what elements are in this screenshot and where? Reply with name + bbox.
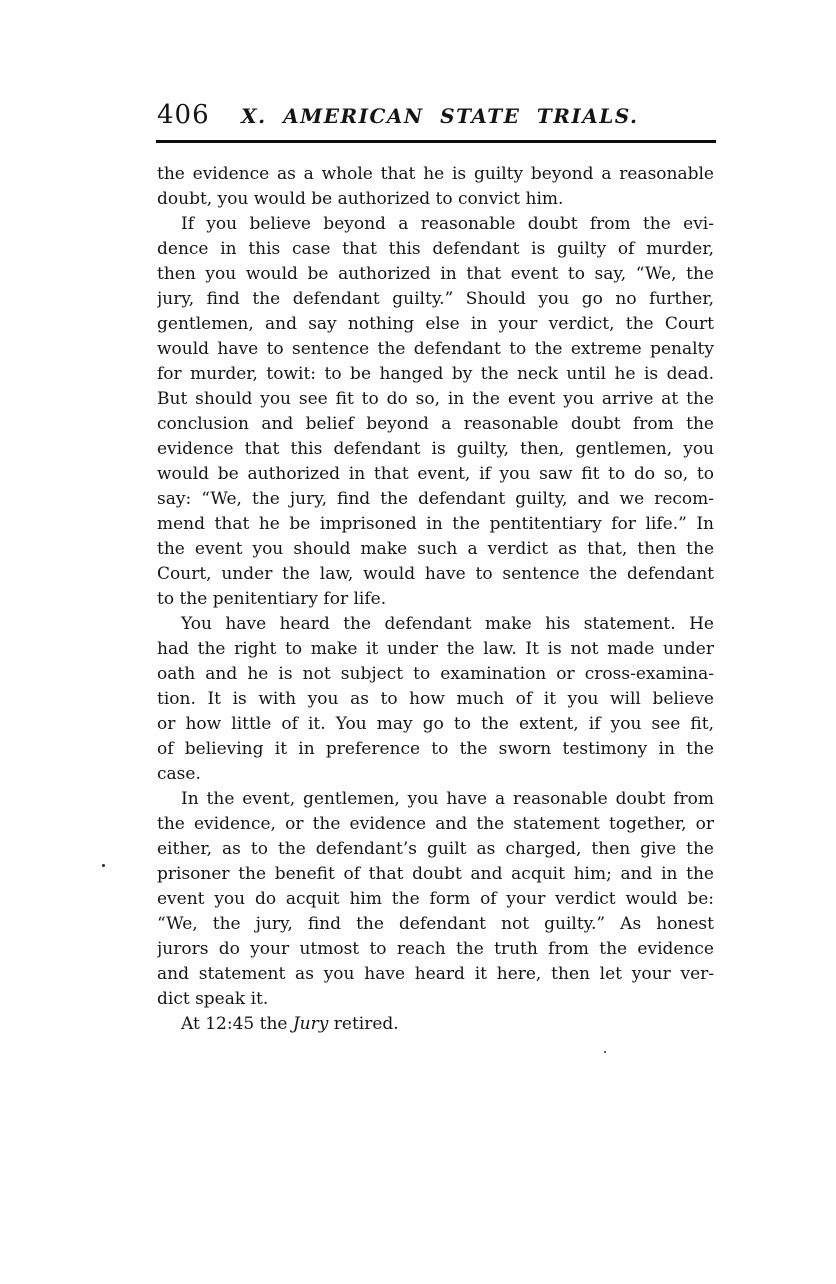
text-line: Court, under the law, would have to sent… [157,562,714,587]
italic-text: Jury [293,1014,329,1034]
text-line: would be authorized in that event, if yo… [157,462,714,487]
text-line: event you do acquit him the form of your… [157,887,714,912]
text-line: But should you see fit to do so, in the … [157,387,714,412]
plain-text: At 12:45 the [181,1014,293,1034]
text-line: dict speak it. [157,987,714,1012]
text-line: and statement as you have heard it here,… [157,962,714,987]
text-line: or how little of it. You may go to the e… [157,712,714,737]
text-line: for murder, towit: to be hanged by the n… [157,362,714,387]
text-line: then you would be authorized in that eve… [157,262,714,287]
text-line: You have heard the defendant make his st… [157,612,714,637]
text-line: evidence that this defendant is guilty, … [157,437,714,462]
scanned-book-page: 406 X. AMERICAN STATE TRIALS. the eviden… [0,0,836,1284]
text-line: prisoner the benefit of that doubt and a… [157,862,714,887]
page-body-text: the evidence as a whole that he is guilt… [157,162,714,1037]
text-line: the evidence, or the evidence and the st… [157,812,714,837]
text-line: would have to sentence the defendant to … [157,337,714,362]
ink-speck [102,864,105,867]
page-number: 406 [157,100,210,130]
text-line: say: “We, the jury, find the defendant g… [157,487,714,512]
text-line: the event you should make such a verdict… [157,537,714,562]
header-rule [156,140,716,143]
text-line: doubt, you would be authorized to convic… [157,187,714,212]
text-line: jury, find the defendant guilty.” Should… [157,287,714,312]
text-line: case. [157,762,714,787]
text-line: dence in this case that this defendant i… [157,237,714,262]
ink-speck [604,1051,606,1053]
text-line: either, as to the defendant’s guilt as c… [157,837,714,862]
running-title: X. AMERICAN STATE TRIALS. [210,104,714,128]
text-line: had the right to make it under the law. … [157,637,714,662]
text-line: tion. It is with you as to how much of i… [157,687,714,712]
text-line: mend that he be imprisoned in the pentit… [157,512,714,537]
text-line: to the penitentiary for life. [157,587,714,612]
text-line: If you believe beyond a reasonable doubt… [157,212,714,237]
page-header: 406 X. AMERICAN STATE TRIALS. [157,100,714,130]
text-line: conclusion and belief beyond a reasonabl… [157,412,714,437]
text-line: gentlemen, and say nothing else in your … [157,312,714,337]
text-line: “We, the jury, find the defendant not gu… [157,912,714,937]
text-line: jurors do your utmost to reach the truth… [157,937,714,962]
text-line: oath and he is not subject to examinatio… [157,662,714,687]
text-line: the evidence as a whole that he is guilt… [157,162,714,187]
plain-text: retired. [328,1014,398,1034]
text-line: In the event, gentlemen, you have a reas… [157,787,714,812]
text-line: of believing it in preference to the swo… [157,737,714,762]
text-line: At 12:45 the Jury retired. [157,1012,714,1037]
